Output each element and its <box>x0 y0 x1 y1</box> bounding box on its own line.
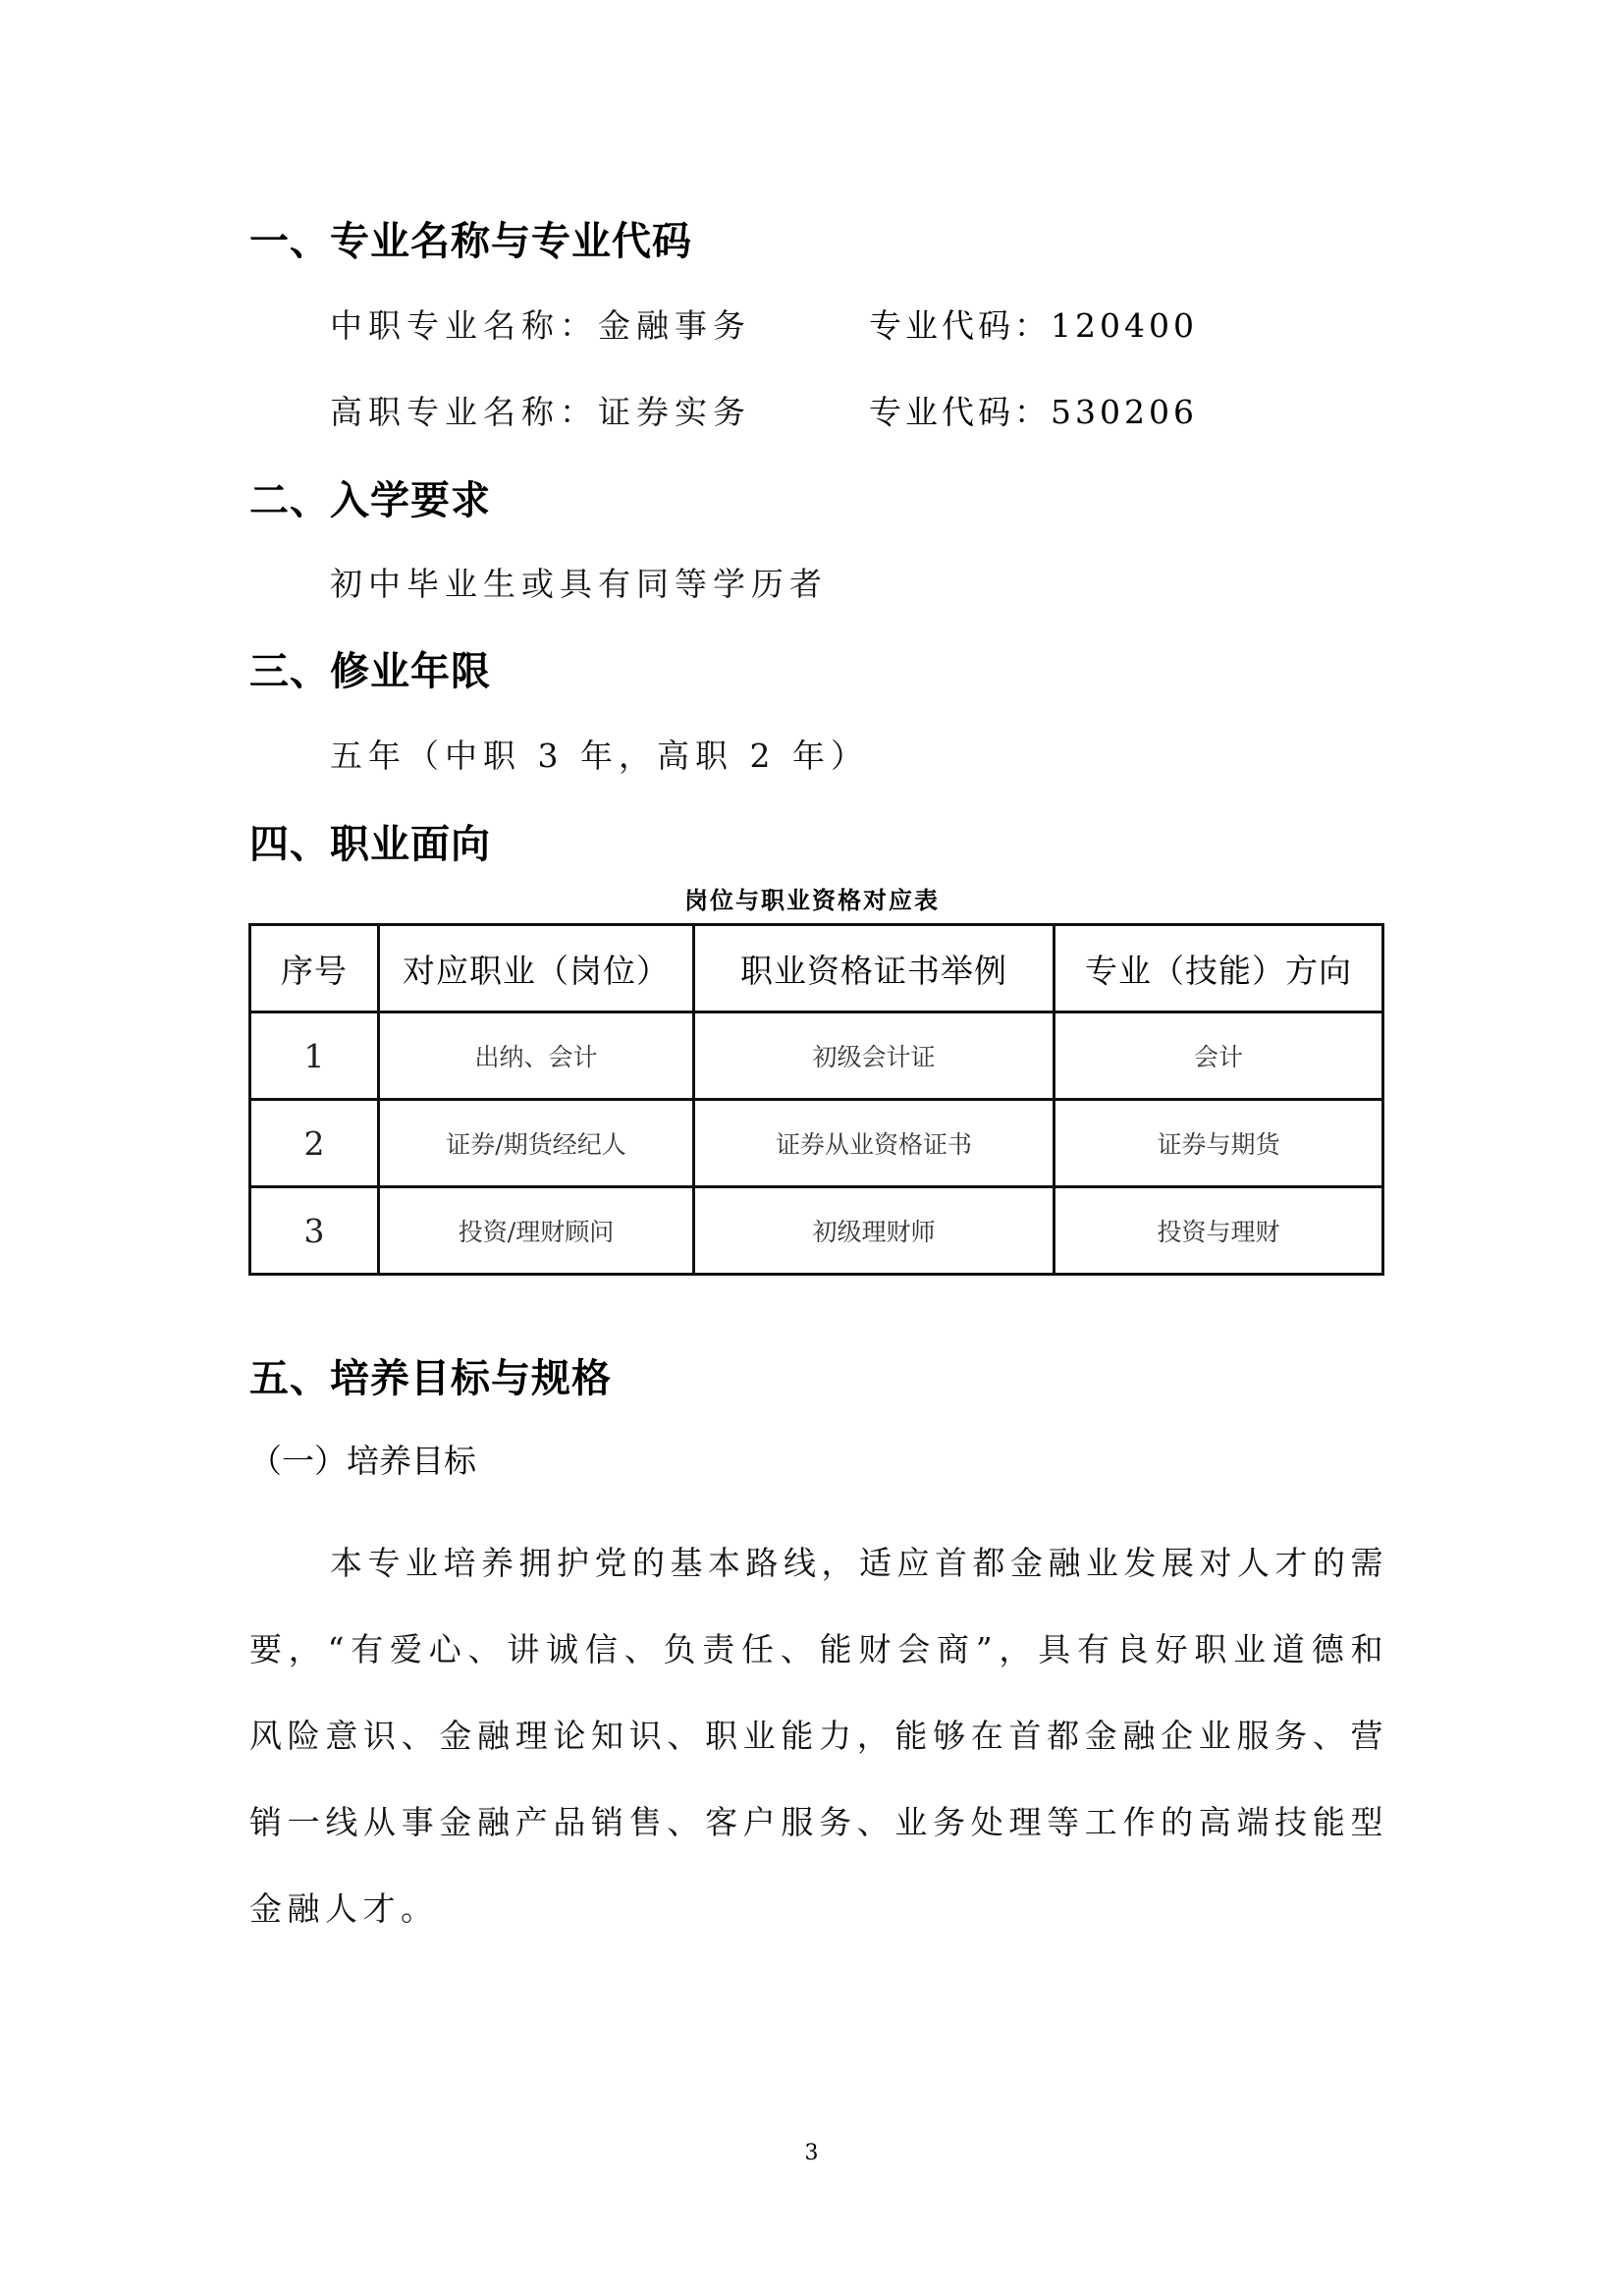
table-header-row: 序号 对应职业（岗位） 职业资格证书举例 专业（技能）方向 <box>250 925 1383 1012</box>
study-duration: 五年（中职 3 年，高职 2 年） <box>330 737 869 776</box>
heading-section-5: 五、培养目标与规格 <box>249 1355 612 1402</box>
table-row: 1 出纳、会计 初级会计证 会计 <box>250 1012 1383 1100</box>
cell-direction: 会计 <box>1055 1012 1383 1100</box>
heading-section-3: 三、修业年限 <box>249 648 491 695</box>
heading-section-2: 二、入学要求 <box>249 477 491 524</box>
heading-section-1: 一、专业名称与专业代码 <box>249 218 692 265</box>
admission-requirement: 初中毕业生或具有同等学历者 <box>330 565 828 604</box>
cell-certificate: 证券从业资格证书 <box>694 1100 1055 1187</box>
higher-major-name: 高职专业名称：证券实务 <box>330 393 751 432</box>
table-caption: 岗位与职业资格对应表 <box>249 886 1375 915</box>
cell-direction: 投资与理财 <box>1055 1187 1383 1275</box>
cell-occupation: 出纳、会计 <box>379 1012 694 1100</box>
table-row: 2 证券/期货经纪人 证券从业资格证书 证券与期货 <box>250 1100 1383 1187</box>
cell-index: 1 <box>250 1012 379 1100</box>
cell-occupation: 证券/期货经纪人 <box>379 1100 694 1187</box>
cell-index: 3 <box>250 1187 379 1275</box>
header-certificate: 职业资格证书举例 <box>694 925 1055 1012</box>
header-index: 序号 <box>250 925 379 1012</box>
cell-occupation: 投资/理财顾问 <box>379 1187 694 1275</box>
header-occupation: 对应职业（岗位） <box>379 925 694 1012</box>
cell-direction: 证券与期货 <box>1055 1100 1383 1187</box>
heading-section-4: 四、职业面向 <box>249 821 491 868</box>
header-direction: 专业（技能）方向 <box>1055 925 1383 1012</box>
cell-index: 2 <box>250 1100 379 1187</box>
higher-major-code: 专业代码：530206 <box>869 393 1198 432</box>
table-row: 3 投资/理财顾问 初级理财师 投资与理财 <box>250 1187 1383 1275</box>
subheading-training-goal: （一）培养目标 <box>249 1442 476 1481</box>
cell-certificate: 初级理财师 <box>694 1187 1055 1275</box>
page-number: 3 <box>0 2141 1623 2165</box>
training-goal-paragraph: 本专业培养拥护党的基本路线，适应首都金融业发展对人才的需要，“有爱心、讲诚信、负… <box>249 1520 1388 1952</box>
secondary-major-name: 中职专业名称：金融事务 <box>330 306 751 346</box>
secondary-major-code: 专业代码：120400 <box>869 306 1198 346</box>
career-table: 序号 对应职业（岗位） 职业资格证书举例 专业（技能）方向 1 出纳、会计 初级… <box>248 923 1384 1276</box>
cell-certificate: 初级会计证 <box>694 1012 1055 1100</box>
